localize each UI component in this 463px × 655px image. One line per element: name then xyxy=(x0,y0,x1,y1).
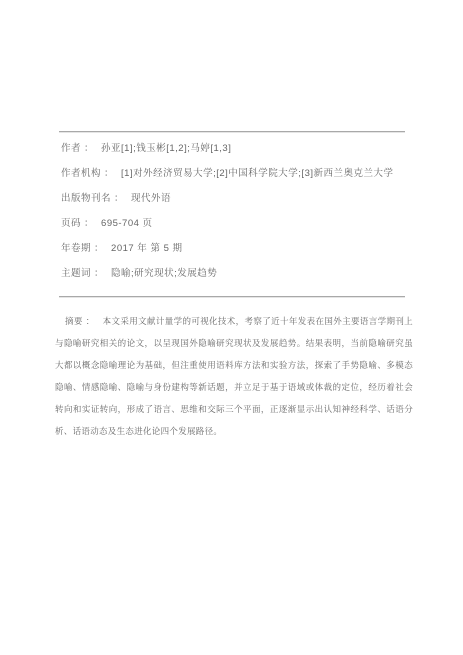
abstract-paragraph: 摘要：本文采用文献计量学的可视化技术，考察了近十年发表在国外主要语言学期刊上与隐… xyxy=(55,310,413,442)
field-colon: ： xyxy=(84,143,94,154)
field-value: 2017 年 第 5 期 xyxy=(111,243,182,254)
field-row-authors: 作者：孙亚[1];钱玉彬[1,2];马婷[1,3] xyxy=(61,144,411,154)
field-colon: ： xyxy=(94,268,104,279)
abstract-label: 摘要 xyxy=(65,316,83,326)
field-value: 695-704 页 xyxy=(101,218,153,229)
field-colon: ： xyxy=(114,193,124,204)
field-label: 作者机构 xyxy=(61,168,101,179)
field-row-keywords: 主题词：隐喻;研究现状;发展趋势 xyxy=(61,269,411,279)
field-label: 年卷期 xyxy=(61,243,91,254)
metadata-section: 作者：孙亚[1];钱玉彬[1,2];马婷[1,3] 作者机构：[1]对外经济贸易… xyxy=(61,144,411,294)
abstract-colon: ： xyxy=(86,316,95,326)
field-label: 主题词 xyxy=(61,268,91,279)
field-label: 出版物刊名 xyxy=(61,193,111,204)
field-label: 作者 xyxy=(61,143,81,154)
field-row-pages: 页码：695-704 页 xyxy=(61,219,411,229)
article-record-page: 作者：孙亚[1];钱玉彬[1,2];马婷[1,3] 作者机构：[1]对外经济贸易… xyxy=(0,0,463,655)
field-value: [1]对外经济贸易大学;[2]中国科学院大学;[3]新西兰奥克兰大学 xyxy=(121,168,393,179)
field-value: 孙亚[1];钱玉彬[1,2];马婷[1,3] xyxy=(101,143,231,154)
field-value: 隐喻;研究现状;发展趋势 xyxy=(111,268,217,279)
abstract-text: 本文采用文献计量学的可视化技术，考察了近十年发表在国外主要语言学期刊上与隐喻研究… xyxy=(55,316,413,436)
field-colon: ： xyxy=(104,168,114,179)
field-colon: ： xyxy=(84,218,94,229)
field-label: 页码 xyxy=(61,218,81,229)
field-row-year-issue: 年卷期：2017 年 第 5 期 xyxy=(61,244,411,254)
field-value: 现代外语 xyxy=(131,193,171,204)
field-row-journal: 出版物刊名：现代外语 xyxy=(61,194,411,204)
field-row-affiliations: 作者机构：[1]对外经济贸易大学;[2]中国科学院大学;[3]新西兰奥克兰大学 xyxy=(61,169,411,179)
divider-top xyxy=(59,131,405,132)
field-colon: ： xyxy=(94,243,104,254)
divider-abstract xyxy=(59,296,405,297)
